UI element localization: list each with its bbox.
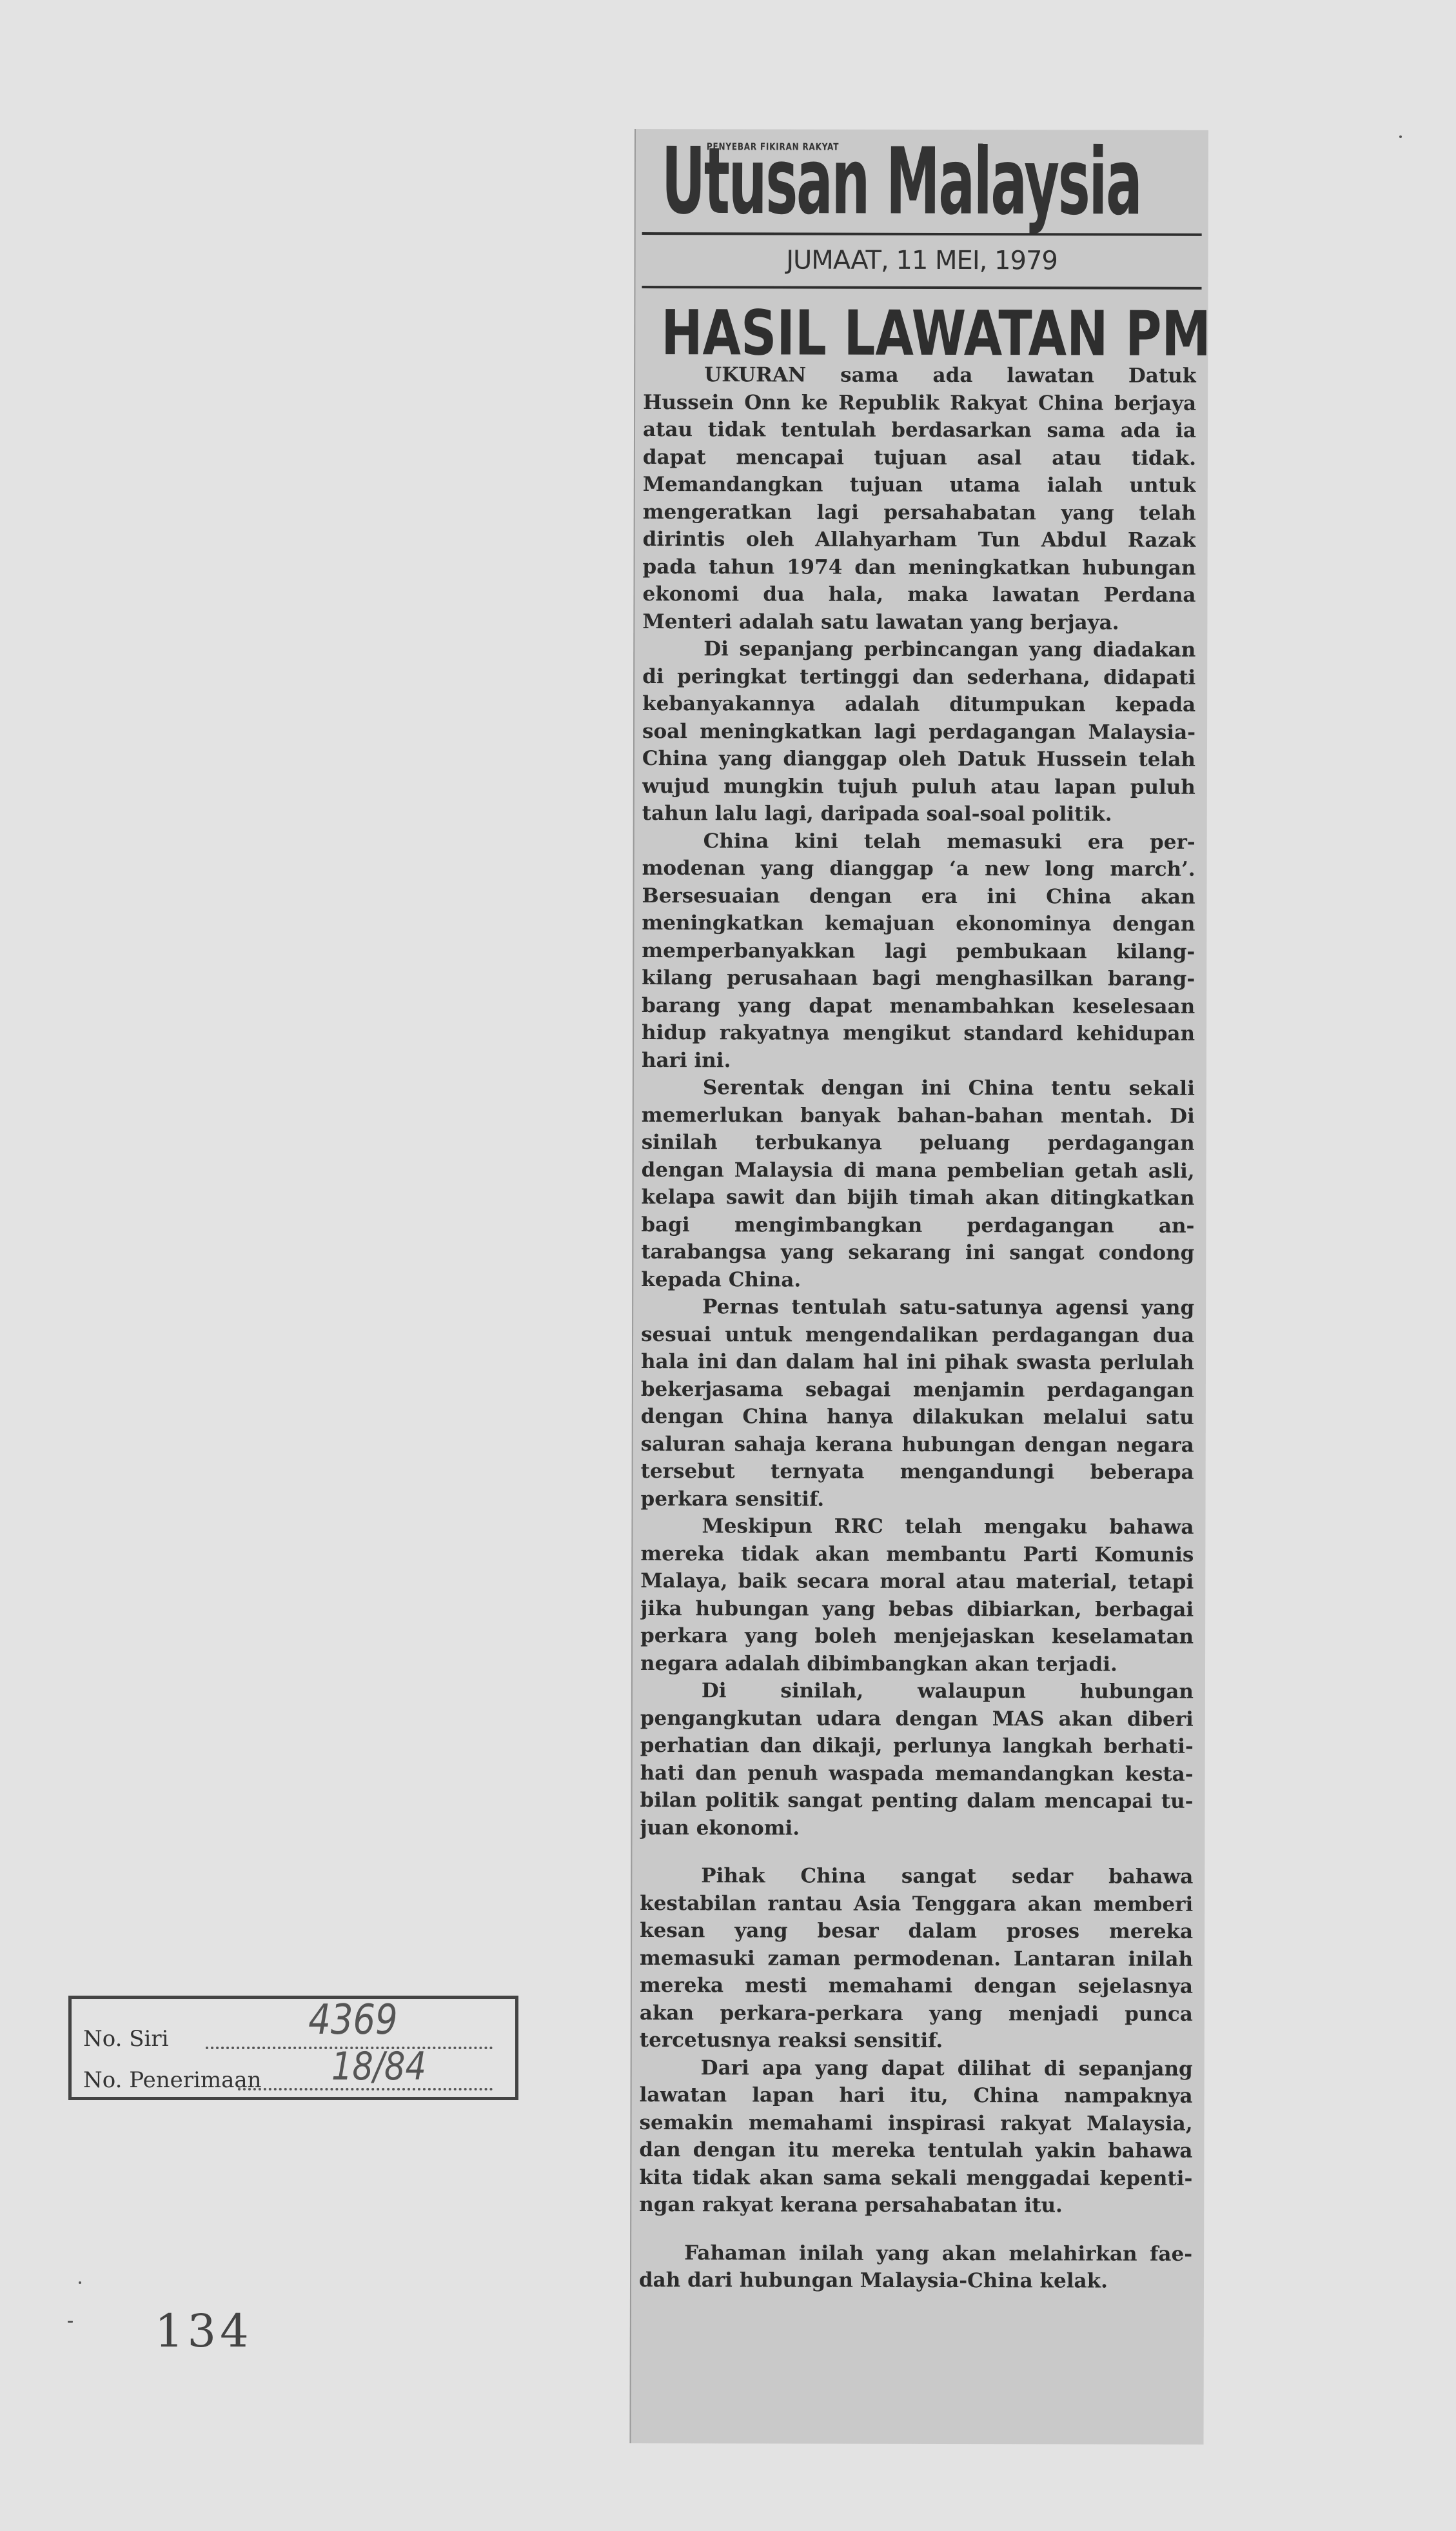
article-line: dengan Malaysia di mana pembelian getah …: [642, 1156, 1195, 1185]
article-line: Serentak dengan ini China tentu sekali: [642, 1074, 1195, 1102]
article-line: semakin memahami inspirasi rakyat Malays…: [639, 2109, 1192, 2138]
article-line: bagi mengimbangkan perdagangan an-: [641, 1211, 1194, 1240]
article-line: tarabangsa yang sekarang ini sangat cond…: [641, 1238, 1194, 1267]
article-line: dah dari hubungan Malaysia-China kelak.: [639, 2267, 1192, 2295]
article-line: Memandangkan tujuan utama ialah untuk: [643, 471, 1196, 499]
stamp-row-siri: No. Siri: [83, 2026, 169, 2052]
article-line: bekerjasama sebagai menjamin perdagangan: [641, 1376, 1194, 1404]
article-line: tahun lalu lagi, daripada soal-soal poli…: [642, 800, 1195, 828]
article-line: hidup rakyatnya mengikut standard kehidu…: [642, 1019, 1195, 1047]
divider: [642, 232, 1202, 236]
article-line: kepada China.: [641, 1266, 1194, 1295]
article-line: ekonomi dua hala, maka lawatan Perdana: [642, 581, 1195, 609]
article-line: Pernas tentulah satu-satunya agensi yang: [641, 1293, 1194, 1322]
archive-stamp: No. Siri 4369 No. Penerimaan 18/84: [68, 1996, 518, 2100]
article-line: sesuai untuk mengendalikan perdagangan d…: [641, 1321, 1194, 1349]
page-number: 134: [155, 2305, 253, 2357]
article-line: hala ini dan dalam hal ini pihak swasta …: [641, 1348, 1194, 1376]
article-line: UKURAN sama ada lawatan Datuk: [643, 361, 1196, 390]
article-line: Dari apa yang dapat dilihat di sepanjang: [640, 2054, 1193, 2083]
article-line: kita tidak akan sama sekali menggadai ke…: [639, 2164, 1192, 2192]
article-line: lawatan lapan hari itu, China nampaknya: [640, 2081, 1193, 2110]
masthead-tagline: PENYEBAR FIKIRAN RAKYAT: [707, 141, 839, 152]
article-line: Bersesuaian dengan era ini China akan: [642, 882, 1195, 911]
article-line: mereka mesti memahami dengan sejelasnya: [640, 1972, 1193, 2000]
divider: [642, 286, 1201, 290]
article-line: hati dan penuh waspada memandangkan kest…: [640, 1760, 1194, 1788]
article-line: barang yang dapat menambahkan keselesaan: [642, 992, 1195, 1020]
article-line: Meskipun RRC telah mengaku bahawa: [640, 1513, 1194, 1541]
article-body: UKURAN sama ada lawatan Datuk Hussein On…: [639, 361, 1196, 2295]
dateline: JUMAAT, 11 MEI, 1979: [636, 245, 1208, 276]
article-line: perkara yang boleh menjejaskan keselamat…: [640, 1622, 1194, 1651]
article-line: mengeratkan lagi persahabatan yang telah: [643, 499, 1196, 527]
article-line: modenan yang dianggap ‘a new long march’…: [642, 855, 1195, 883]
article-line: memasuki zaman permodenan. Lantaran inil…: [640, 1945, 1193, 1973]
penerimaan-value-handwritten: 18/84: [331, 2044, 426, 2089]
article-line: kelapa sawit dan bijih timah akan diting…: [641, 1184, 1194, 1212]
article-line: soal meningkatkan lagi perdagangan Malay…: [642, 718, 1195, 746]
article-line: tersebut ternyata mengandungi beberapa: [641, 1458, 1194, 1486]
article-line: bilan politik sangat penting dalam menca…: [640, 1787, 1194, 1815]
article-headline: HASIL LAWATAN PM: [661, 302, 1211, 365]
article-line: China kini telah memasuki era per-: [642, 828, 1195, 856]
paper-speck: [68, 2321, 73, 2323]
article-line: Di sepanjang perbincangan yang diadakan: [642, 635, 1195, 664]
article-line: perkara sensitif.: [641, 1485, 1194, 1514]
article-line: dengan China hanya dilakukan melalui sat…: [641, 1403, 1194, 1431]
article-line: memperbanyakkan lagi pembukaan kilang-: [642, 937, 1195, 966]
article-line: Fahaman inilah yang akan melahirkan fae-: [639, 2239, 1192, 2268]
article-line: Malaya, baik secara moral atau material,…: [640, 1567, 1194, 1596]
masthead: Utusan Malaysia PENYEBAR FIKIRAN RAKYAT: [636, 129, 1208, 227]
penerimaan-label: No. Penerimaan: [83, 2067, 262, 2093]
article-line: China yang dianggap oleh Datuk Hussein t…: [642, 745, 1195, 773]
article-line: saluran sahaja kerana hubungan dengan ne…: [641, 1431, 1194, 1459]
article-line: juan ekonomi.: [640, 1814, 1193, 1843]
stamp-row-penerimaan: No. Penerimaan: [83, 2067, 262, 2093]
paper-speck: [79, 2281, 81, 2284]
article-line: Di sinilah, walaupun hubungan: [640, 1677, 1194, 1705]
article-line: kilang perusahaan bagi menghasilkan bara…: [642, 964, 1195, 993]
article-line: tercetusnya reaksi sensitif.: [640, 2027, 1193, 2055]
article-line: jika hubungan yang bebas dibiarkan, berb…: [640, 1595, 1194, 1623]
article-line: di peringkat tertinggi dan sederhana, di…: [642, 663, 1195, 691]
article-line: kesan yang besar dalam proses mereka: [640, 1917, 1193, 1945]
article-line: Menteri adalah satu lawatan yang berjaya…: [642, 608, 1195, 637]
siri-label: No. Siri: [83, 2026, 169, 2052]
article-line: kebanyakannya adalah ditumpukan kepada: [642, 690, 1195, 719]
article-line: ngan rakyat kerana persahabatan itu.: [639, 2191, 1192, 2219]
article-line: kestabilan rantau Asia Tenggara akan mem…: [640, 1890, 1193, 1918]
article-line: atau tidak tentulah berdasarkan sama ada…: [643, 416, 1196, 444]
newspaper-clipping: Utusan Malaysia PENYEBAR FIKIRAN RAKYAT …: [629, 129, 1208, 2445]
article-line: wujud mungkin tujuh puluh atau lapan pul…: [642, 773, 1195, 801]
article-line: pada tahun 1974 dan meningkatkan hubunga…: [643, 553, 1196, 582]
siri-value-handwritten: 4369: [308, 1996, 397, 2044]
article-line: pengangkutan udara dengan MAS akan diber…: [640, 1705, 1194, 1733]
article-line: dirintis oleh Allahyarham Tun Abdul Raza…: [643, 526, 1196, 554]
article-line: mereka tidak akan membantu Parti Komunis: [640, 1540, 1194, 1569]
article-line: Hussein Onn ke Republik Rakyat China ber…: [643, 389, 1196, 417]
article-line: Pihak China sangat sedar bahawa: [640, 1862, 1193, 1891]
paper-speck: [1399, 135, 1402, 138]
article-line: sinilah terbukanya peluang perdagangan: [642, 1129, 1195, 1157]
article-line: negara adalah dibimbangkan akan terjadi.: [640, 1650, 1194, 1678]
article-line: dapat mencapai tujuan asal atau tidak.: [643, 444, 1196, 472]
article-line: meningkatkan kemajuan ekonominya dengan: [642, 909, 1195, 938]
article-line: memerlukan banyak bahan-bahan mentah. Di: [642, 1102, 1195, 1130]
article-line: hari ini.: [642, 1047, 1195, 1075]
article-line: dan dengan itu mereka tentulah yakin bah…: [639, 2136, 1192, 2165]
article-line: perhatian dan dikaji, perlunya langkah b…: [640, 1732, 1194, 1760]
article-line: akan perkara-perkara yang menjadi punca: [640, 2000, 1193, 2028]
